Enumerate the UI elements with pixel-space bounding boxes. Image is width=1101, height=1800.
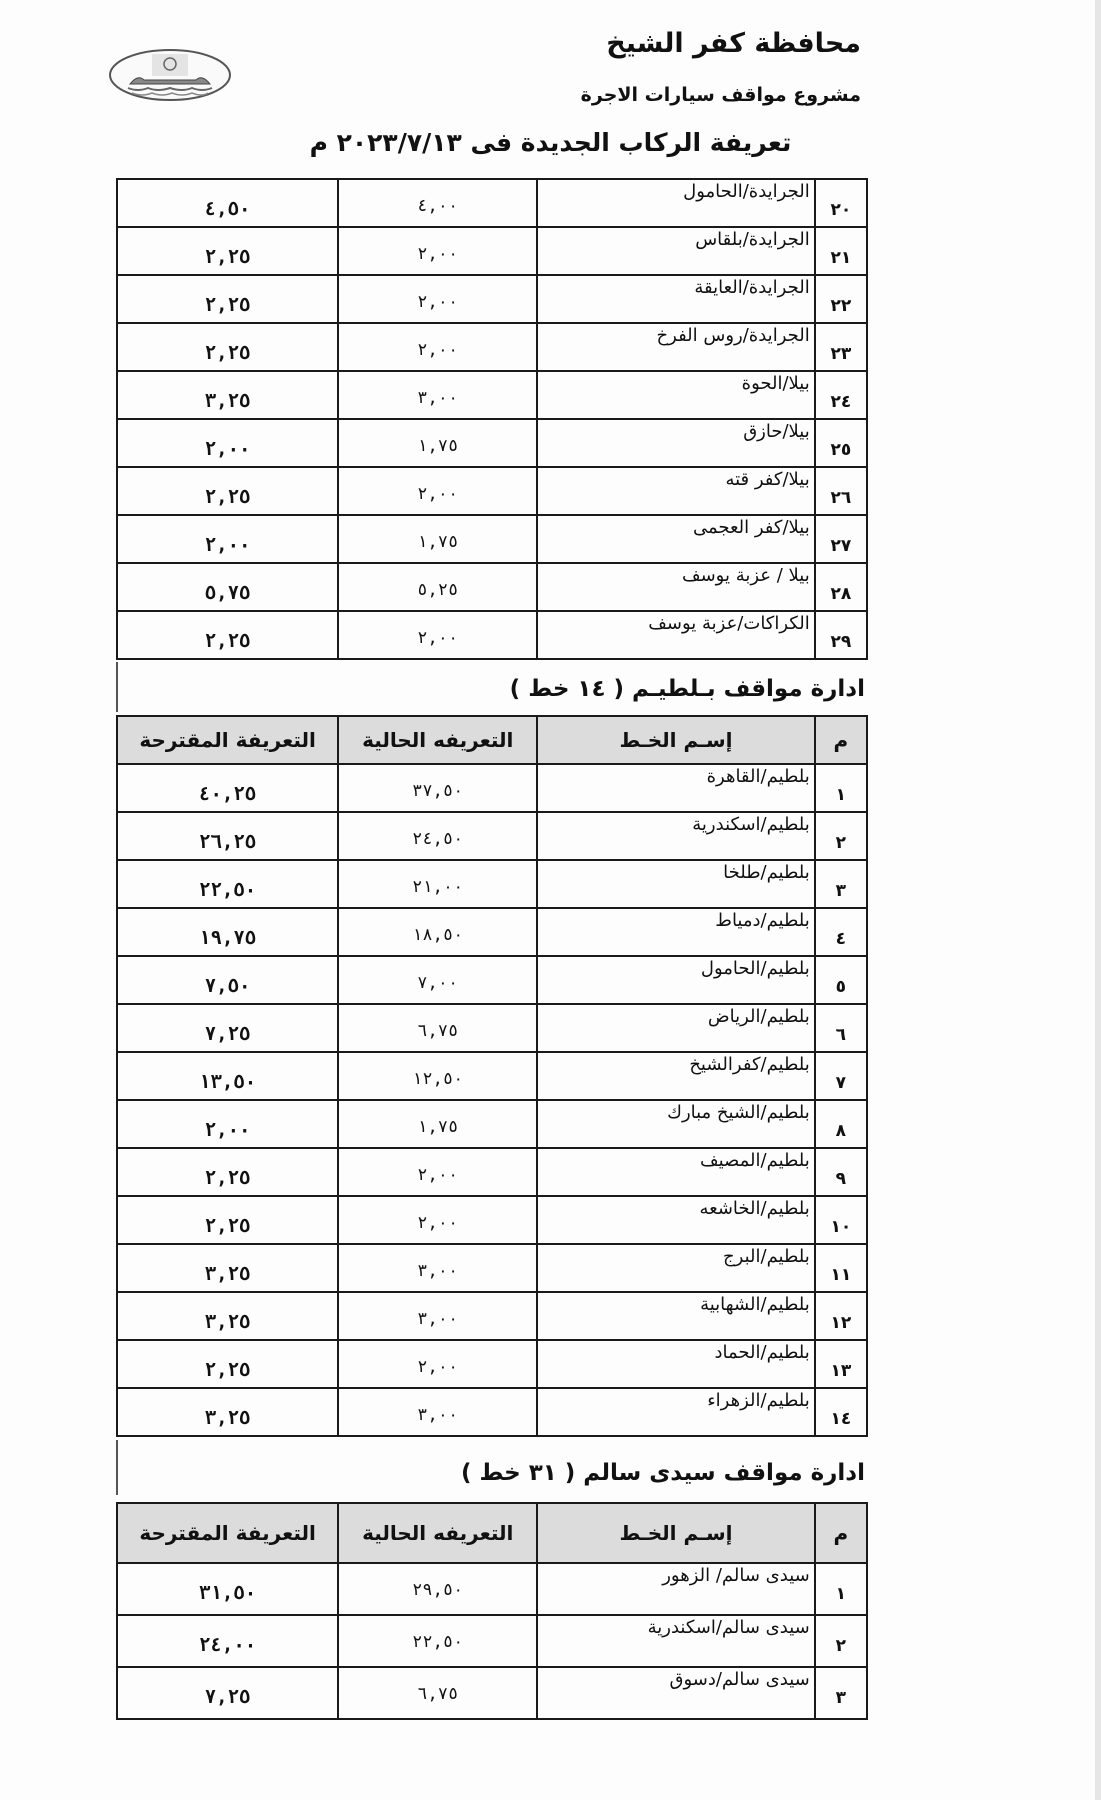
row-index: ٩ <box>816 1149 866 1189</box>
current-fare: ٢٢,٥٠ <box>339 1616 536 1652</box>
cell-proposed-fare: ٢٤,٠٠ <box>117 1615 338 1667</box>
governorate-title: محافظة كفر الشيخ <box>606 28 861 59</box>
row-index: ٢٠ <box>816 180 866 220</box>
table-row: ٧بلطيم/كفرالشيخ١٢,٥٠١٣,٥٠ <box>117 1052 867 1100</box>
row-index: ٢ <box>816 1616 866 1656</box>
table-row: ١٣بلطيم/الحماد٢,٠٠٢,٢٥ <box>117 1340 867 1388</box>
proposed-fare: ٢,٢٥ <box>118 276 337 316</box>
cell-index: ٢٤ <box>815 371 867 419</box>
cell-proposed-fare: ٧,٢٥ <box>117 1004 338 1052</box>
line-name: بلطيم/اسكندرية <box>538 813 813 835</box>
cell-line-name: بلطيم/الخاشعه <box>537 1196 814 1244</box>
cell-current-fare: ٢٢,٥٠ <box>338 1615 537 1667</box>
cell-current-fare: ٢١,٠٠ <box>338 860 537 908</box>
cell-proposed-fare: ٧,٥٠ <box>117 956 338 1004</box>
line-name: الجرايدة/روس الفرخ <box>538 324 813 346</box>
cell-line-name: بلطيم/الشهابية <box>537 1292 814 1340</box>
table-row: ٦بلطيم/الرياض٦,٧٥٧,٢٥ <box>117 1004 867 1052</box>
cell-current-fare: ٥,٢٥ <box>338 563 537 611</box>
table-row: ١١بلطيم/البرج٣,٠٠٣,٢٥ <box>117 1244 867 1292</box>
line-name: بلطيم/دمياط <box>538 909 813 931</box>
column-header-index: م <box>815 716 867 764</box>
row-index: ٢٣ <box>816 324 866 364</box>
cell-current-fare: ٢٩,٥٠ <box>338 1563 537 1615</box>
cell-current-fare: ١,٧٥ <box>338 515 537 563</box>
proposed-fare: ١٩,٧٥ <box>118 909 337 949</box>
cell-current-fare: ٢,٠٠ <box>338 1196 537 1244</box>
section-divider <box>116 1440 118 1495</box>
cell-proposed-fare: ٣,٢٥ <box>117 1388 338 1436</box>
table-row: ٢٧بيلا/كفر العجمى١,٧٥٢,٠٠ <box>117 515 867 563</box>
proposed-fare: ٢,٢٥ <box>118 324 337 364</box>
line-name: بلطيم/الشيخ مبارك <box>538 1101 813 1123</box>
line-name: بلطيم/الحامول <box>538 957 813 979</box>
current-fare: ٢,٠٠ <box>339 228 536 264</box>
row-index: ١٣ <box>816 1341 866 1381</box>
proposed-fare: ١٣,٥٠ <box>118 1053 337 1093</box>
proposed-fare: ٢,٠٠ <box>118 420 337 460</box>
table-row: ٢١الجرايدة/بلقاس٢,٠٠٢,٢٥ <box>117 227 867 275</box>
fare-table-baltim: م إسـم الخـط التعريفه الحالية التعريفة ا… <box>116 715 868 1437</box>
row-index: ٧ <box>816 1053 866 1093</box>
cell-index: ٢٦ <box>815 467 867 515</box>
section-heading-sidi-salem: ادارة مواقف سيدى سالم ( ٣١ خط ) <box>461 1460 865 1486</box>
cell-proposed-fare: ٤٠,٢٥ <box>117 764 338 812</box>
row-index: ٤ <box>816 909 866 949</box>
cell-current-fare: ٦,٧٥ <box>338 1667 537 1719</box>
cell-index: ٨ <box>815 1100 867 1148</box>
cell-line-name: بلطيم/طلخا <box>537 860 814 908</box>
row-index: ٢٢ <box>816 276 866 316</box>
table-row: ٣بلطيم/طلخا٢١,٠٠٢٢,٥٠ <box>117 860 867 908</box>
page-edge-shadow <box>1095 0 1101 1800</box>
cell-index: ٢٣ <box>815 323 867 371</box>
proposed-fare: ٣,٢٥ <box>118 1293 337 1333</box>
cell-proposed-fare: ٢,٠٠ <box>117 419 338 467</box>
cell-proposed-fare: ٣,٢٥ <box>117 1292 338 1340</box>
proposed-fare: ٢٦,٢٥ <box>118 813 337 853</box>
current-fare: ٤,٠٠ <box>339 180 536 216</box>
cell-line-name: الكراكات/عزبة يوسف <box>537 611 814 659</box>
cell-current-fare: ٢,٠٠ <box>338 1340 537 1388</box>
cell-proposed-fare: ٢,٢٥ <box>117 1196 338 1244</box>
cell-current-fare: ٢,٠٠ <box>338 323 537 371</box>
table-header-row: م إسـم الخـط التعريفه الحالية التعريفة ا… <box>117 1503 867 1563</box>
proposed-fare: ٢,٢٥ <box>118 1149 337 1189</box>
row-index: ٢٧ <box>816 516 866 556</box>
table-row: ٢٠الجرايدة/الحامول٤,٠٠٤,٥٠ <box>117 179 867 227</box>
cell-index: ٢ <box>815 812 867 860</box>
cell-line-name: بيلا/حازق <box>537 419 814 467</box>
cell-current-fare: ٧,٠٠ <box>338 956 537 1004</box>
cell-line-name: بلطيم/دمياط <box>537 908 814 956</box>
cell-current-fare: ٢٤,٥٠ <box>338 812 537 860</box>
cell-proposed-fare: ٢٢,٥٠ <box>117 860 338 908</box>
cell-index: ٥ <box>815 956 867 1004</box>
cell-line-name: سيدى سالم/دسوق <box>537 1667 814 1719</box>
proposed-fare: ٤,٥٠ <box>118 180 337 220</box>
table-header-row: م إسـم الخـط التعريفه الحالية التعريفة ا… <box>117 716 867 764</box>
cell-line-name: بيلا/كفر العجمى <box>537 515 814 563</box>
table-row: ٢٨بيلا / عزبة يوسف٥,٢٥٥,٧٥ <box>117 563 867 611</box>
table-row: ٥بلطيم/الحامول٧,٠٠٧,٥٠ <box>117 956 867 1004</box>
current-fare: ٢,٠٠ <box>339 1341 536 1377</box>
proposed-fare: ٢,٢٥ <box>118 468 337 508</box>
proposed-fare: ٢,٠٠ <box>118 1101 337 1141</box>
row-index: ٢ <box>816 813 866 853</box>
cell-line-name: بيلا/كفر قته <box>537 467 814 515</box>
cell-proposed-fare: ٤,٥٠ <box>117 179 338 227</box>
cell-proposed-fare: ١٣,٥٠ <box>117 1052 338 1100</box>
cell-proposed-fare: ٣,٢٥ <box>117 371 338 419</box>
current-fare: ٢,٠٠ <box>339 468 536 504</box>
current-fare: ٣,٠٠ <box>339 1245 536 1281</box>
cell-line-name: بيلا / عزبة يوسف <box>537 563 814 611</box>
cell-index: ٢٢ <box>815 275 867 323</box>
fare-table-sidi-salem: م إسـم الخـط التعريفه الحالية التعريفة ا… <box>116 1502 868 1720</box>
current-fare: ٢,٠٠ <box>339 612 536 648</box>
cell-line-name: الجرايدة/الحامول <box>537 179 814 227</box>
current-fare: ٢,٠٠ <box>339 324 536 360</box>
cell-line-name: بلطيم/الشيخ مبارك <box>537 1100 814 1148</box>
current-fare: ٢١,٠٠ <box>339 861 536 897</box>
table-row: ٢٥بيلا/حازق١,٧٥٢,٠٠ <box>117 419 867 467</box>
cell-index: ٢٩ <box>815 611 867 659</box>
cell-index: ٢١ <box>815 227 867 275</box>
cell-line-name: بيلا/الحوة <box>537 371 814 419</box>
current-fare: ٣٧,٥٠ <box>339 765 536 801</box>
cell-current-fare: ٤,٠٠ <box>338 179 537 227</box>
cell-proposed-fare: ٢,٢٥ <box>117 1148 338 1196</box>
line-name: بلطيم/طلخا <box>538 861 813 883</box>
column-header-current-fare: التعريفه الحالية <box>338 716 537 764</box>
proposed-fare: ٢,٢٥ <box>118 612 337 652</box>
cell-current-fare: ١,٧٥ <box>338 1100 537 1148</box>
line-name: بلطيم/المصيف <box>538 1149 813 1171</box>
cell-proposed-fare: ٣,٢٥ <box>117 1244 338 1292</box>
line-name: الكراكات/عزبة يوسف <box>538 612 813 634</box>
line-name: الجرايدة/العايقة <box>538 276 813 298</box>
cell-current-fare: ٦,٧٥ <box>338 1004 537 1052</box>
cell-proposed-fare: ٣١,٥٠ <box>117 1563 338 1615</box>
fare-table-continuation: ٢٠الجرايدة/الحامول٤,٠٠٤,٥٠٢١الجرايدة/بلق… <box>116 178 868 660</box>
cell-index: ١٣ <box>815 1340 867 1388</box>
cell-current-fare: ١٨,٥٠ <box>338 908 537 956</box>
line-name: بيلا/كفر قته <box>538 468 813 490</box>
cell-line-name: الجرايدة/روس الفرخ <box>537 323 814 371</box>
proposed-fare: ٣,٢٥ <box>118 1389 337 1429</box>
row-index: ٣ <box>816 861 866 901</box>
cell-line-name: الجرايدة/بلقاس <box>537 227 814 275</box>
cell-index: ١٤ <box>815 1388 867 1436</box>
cell-current-fare: ٢,٠٠ <box>338 227 537 275</box>
cell-current-fare: ٢,٠٠ <box>338 275 537 323</box>
line-name: بلطيم/البرج <box>538 1245 813 1267</box>
cell-current-fare: ٢,٠٠ <box>338 467 537 515</box>
line-name: الجرايدة/بلقاس <box>538 228 813 250</box>
section-divider <box>116 662 118 712</box>
current-fare: ١,٧٥ <box>339 1101 536 1137</box>
cell-index: ٢٠ <box>815 179 867 227</box>
proposed-fare: ٥,٧٥ <box>118 564 337 604</box>
row-index: ١٠ <box>816 1197 866 1237</box>
current-fare: ٣,٠٠ <box>339 372 536 408</box>
cell-current-fare: ٣,٠٠ <box>338 1244 537 1292</box>
column-header-line-name: إسـم الخـط <box>537 716 814 764</box>
line-name: بلطيم/الرياض <box>538 1005 813 1027</box>
cell-line-name: بلطيم/الرياض <box>537 1004 814 1052</box>
cell-proposed-fare: ٢,٢٥ <box>117 227 338 275</box>
line-name: سيدى سالم/اسكندرية <box>538 1616 813 1638</box>
cell-line-name: بلطيم/الحماد <box>537 1340 814 1388</box>
cell-proposed-fare: ١٩,٧٥ <box>117 908 338 956</box>
line-name: سيدى سالم/دسوق <box>538 1668 813 1690</box>
table-row: ١٠بلطيم/الخاشعه٢,٠٠٢,٢٥ <box>117 1196 867 1244</box>
current-fare: ٦,٧٥ <box>339 1005 536 1041</box>
column-header-index: م <box>815 1503 867 1563</box>
cell-index: ١ <box>815 764 867 812</box>
cell-index: ٢٧ <box>815 515 867 563</box>
cell-line-name: سيدى سالم/ الزهور <box>537 1563 814 1615</box>
proposed-fare: ٣١,٥٠ <box>118 1564 337 1604</box>
proposed-fare: ٢٤,٠٠ <box>118 1616 337 1656</box>
cell-index: ٤ <box>815 908 867 956</box>
current-fare: ٥,٢٥ <box>339 564 536 600</box>
cell-proposed-fare: ٢,٢٥ <box>117 611 338 659</box>
document-title: تعريفة الركاب الجديدة فى ٢٠٢٣/٧/١٣ م <box>0 128 1101 157</box>
cell-current-fare: ٢,٠٠ <box>338 1148 537 1196</box>
line-name: بلطيم/الزهراء <box>538 1389 813 1411</box>
table-row: ١بلطيم/القاهرة٣٧,٥٠٤٠,٢٥ <box>117 764 867 812</box>
cell-proposed-fare: ٢,٠٠ <box>117 1100 338 1148</box>
line-name: سيدى سالم/ الزهور <box>538 1564 813 1586</box>
proposed-fare: ٤٠,٢٥ <box>118 765 337 805</box>
proposed-fare: ٢,٢٥ <box>118 1341 337 1381</box>
cell-proposed-fare: ٥,٧٥ <box>117 563 338 611</box>
row-index: ٦ <box>816 1005 866 1045</box>
proposed-fare: ٢,٠٠ <box>118 516 337 556</box>
line-name: بلطيم/الشهابية <box>538 1293 813 1315</box>
cell-current-fare: ٣,٠٠ <box>338 371 537 419</box>
cell-proposed-fare: ٢,٢٥ <box>117 467 338 515</box>
cell-line-name: الجرايدة/العايقة <box>537 275 814 323</box>
cell-line-name: بلطيم/البرج <box>537 1244 814 1292</box>
cell-line-name: بلطيم/القاهرة <box>537 764 814 812</box>
current-fare: ١٨,٥٠ <box>339 909 536 945</box>
cell-current-fare: ٣٧,٥٠ <box>338 764 537 812</box>
current-fare: ٧,٠٠ <box>339 957 536 993</box>
cell-index: ٩ <box>815 1148 867 1196</box>
current-fare: ٦,٧٥ <box>339 1668 536 1704</box>
cell-index: ١٠ <box>815 1196 867 1244</box>
section-heading-baltim: ادارة مواقف بـلطيـم ( ١٤ خط ) <box>510 676 865 702</box>
row-index: ٢١ <box>816 228 866 268</box>
table-row: ١٢بلطيم/الشهابية٣,٠٠٣,٢٥ <box>117 1292 867 1340</box>
row-index: ١ <box>816 1564 866 1604</box>
line-name: بلطيم/الخاشعه <box>538 1197 813 1219</box>
table-row: ٢٩الكراكات/عزبة يوسف٢,٠٠٢,٢٥ <box>117 611 867 659</box>
cell-line-name: بلطيم/الزهراء <box>537 1388 814 1436</box>
cell-current-fare: ١,٧٥ <box>338 419 537 467</box>
cell-index: ١ <box>815 1563 867 1615</box>
current-fare: ٢٤,٥٠ <box>339 813 536 849</box>
proposed-fare: ٢٢,٥٠ <box>118 861 337 901</box>
current-fare: ٢٩,٥٠ <box>339 1564 536 1600</box>
table-row: ٢٢الجرايدة/العايقة٢,٠٠٢,٢٥ <box>117 275 867 323</box>
table-row: ٤بلطيم/دمياط١٨,٥٠١٩,٧٥ <box>117 908 867 956</box>
line-name: الجرايدة/الحامول <box>538 180 813 202</box>
line-name: بيلا/كفر العجمى <box>538 516 813 538</box>
cell-proposed-fare: ٧,٢٥ <box>117 1667 338 1719</box>
cell-index: ٢٨ <box>815 563 867 611</box>
cell-line-name: بلطيم/المصيف <box>537 1148 814 1196</box>
row-index: ١٤ <box>816 1389 866 1429</box>
line-name: بيلا / عزبة يوسف <box>538 564 813 586</box>
cell-index: ٦ <box>815 1004 867 1052</box>
cell-proposed-fare: ٢,٢٥ <box>117 323 338 371</box>
governorate-emblem-icon <box>108 48 232 102</box>
cell-line-name: بلطيم/اسكندرية <box>537 812 814 860</box>
row-index: ٢٩ <box>816 612 866 652</box>
column-header-current-fare: التعريفه الحالية <box>338 1503 537 1563</box>
project-title: مشروع مواقف سيارات الاجرة <box>581 84 861 106</box>
current-fare: ٢,٠٠ <box>339 1149 536 1185</box>
column-header-line-name: إسـم الخـط <box>537 1503 814 1563</box>
line-name: بلطيم/كفرالشيخ <box>538 1053 813 1075</box>
line-name: بيلا/الحوة <box>538 372 813 394</box>
row-index: ٣ <box>816 1668 866 1708</box>
document-page: محافظة كفر الشيخ مشروع مواقف سيارات الاج… <box>0 0 1101 1800</box>
proposed-fare: ٧,٢٥ <box>118 1005 337 1045</box>
current-fare: ٣,٠٠ <box>339 1389 536 1425</box>
table-row: ٢٤بيلا/الحوة٣,٠٠٣,٢٥ <box>117 371 867 419</box>
table-row: ٢٦بيلا/كفر قته٢,٠٠٢,٢٥ <box>117 467 867 515</box>
proposed-fare: ٧,٢٥ <box>118 1668 337 1708</box>
table-row: ٨بلطيم/الشيخ مبارك١,٧٥٢,٠٠ <box>117 1100 867 1148</box>
column-header-proposed-fare: التعريفة المقترحة <box>117 716 338 764</box>
cell-proposed-fare: ٢٦,٢٥ <box>117 812 338 860</box>
current-fare: ١,٧٥ <box>339 516 536 552</box>
cell-index: ٣ <box>815 860 867 908</box>
line-name: بلطيم/القاهرة <box>538 765 813 787</box>
cell-proposed-fare: ٢,٢٥ <box>117 275 338 323</box>
row-index: ٢٦ <box>816 468 866 508</box>
cell-current-fare: ١٢,٥٠ <box>338 1052 537 1100</box>
current-fare: ٢,٠٠ <box>339 276 536 312</box>
current-fare: ٣,٠٠ <box>339 1293 536 1329</box>
row-index: ١٢ <box>816 1293 866 1333</box>
row-index: ٢٥ <box>816 420 866 460</box>
current-fare: ١٢,٥٠ <box>339 1053 536 1089</box>
proposed-fare: ٢,٢٥ <box>118 1197 337 1237</box>
cell-current-fare: ٣,٠٠ <box>338 1292 537 1340</box>
table-row: ٩بلطيم/المصيف٢,٠٠٢,٢٥ <box>117 1148 867 1196</box>
table-row: ٢سيدى سالم/اسكندرية٢٢,٥٠٢٤,٠٠ <box>117 1615 867 1667</box>
row-index: ٥ <box>816 957 866 997</box>
proposed-fare: ٣,٢٥ <box>118 1245 337 1285</box>
cell-line-name: بلطيم/كفرالشيخ <box>537 1052 814 1100</box>
cell-index: ٧ <box>815 1052 867 1100</box>
proposed-fare: ٧,٥٠ <box>118 957 337 997</box>
cell-line-name: سيدى سالم/اسكندرية <box>537 1615 814 1667</box>
cell-index: ١١ <box>815 1244 867 1292</box>
cell-line-name: بلطيم/الحامول <box>537 956 814 1004</box>
column-header-proposed-fare: التعريفة المقترحة <box>117 1503 338 1563</box>
table-row: ٢بلطيم/اسكندرية٢٤,٥٠٢٦,٢٥ <box>117 812 867 860</box>
proposed-fare: ٢,٢٥ <box>118 228 337 268</box>
line-name: بلطيم/الحماد <box>538 1341 813 1363</box>
row-index: ١١ <box>816 1245 866 1285</box>
row-index: ٢٨ <box>816 564 866 604</box>
cell-current-fare: ٢,٠٠ <box>338 611 537 659</box>
cell-proposed-fare: ٢,٠٠ <box>117 515 338 563</box>
cell-index: ٢٥ <box>815 419 867 467</box>
cell-index: ١٢ <box>815 1292 867 1340</box>
cell-proposed-fare: ٢,٢٥ <box>117 1340 338 1388</box>
row-index: ٨ <box>816 1101 866 1141</box>
cell-index: ٣ <box>815 1667 867 1719</box>
table-row: ٣سيدى سالم/دسوق٦,٧٥٧,٢٥ <box>117 1667 867 1719</box>
table-row: ٢٣الجرايدة/روس الفرخ٢,٠٠٢,٢٥ <box>117 323 867 371</box>
row-index: ٢٤ <box>816 372 866 412</box>
table-row: ١٤بلطيم/الزهراء٣,٠٠٣,٢٥ <box>117 1388 867 1436</box>
current-fare: ١,٧٥ <box>339 420 536 456</box>
row-index: ١ <box>816 765 866 805</box>
cell-index: ٢ <box>815 1615 867 1667</box>
proposed-fare: ٣,٢٥ <box>118 372 337 412</box>
table-row: ١سيدى سالم/ الزهور٢٩,٥٠٣١,٥٠ <box>117 1563 867 1615</box>
line-name: بيلا/حازق <box>538 420 813 442</box>
current-fare: ٢,٠٠ <box>339 1197 536 1233</box>
cell-current-fare: ٣,٠٠ <box>338 1388 537 1436</box>
